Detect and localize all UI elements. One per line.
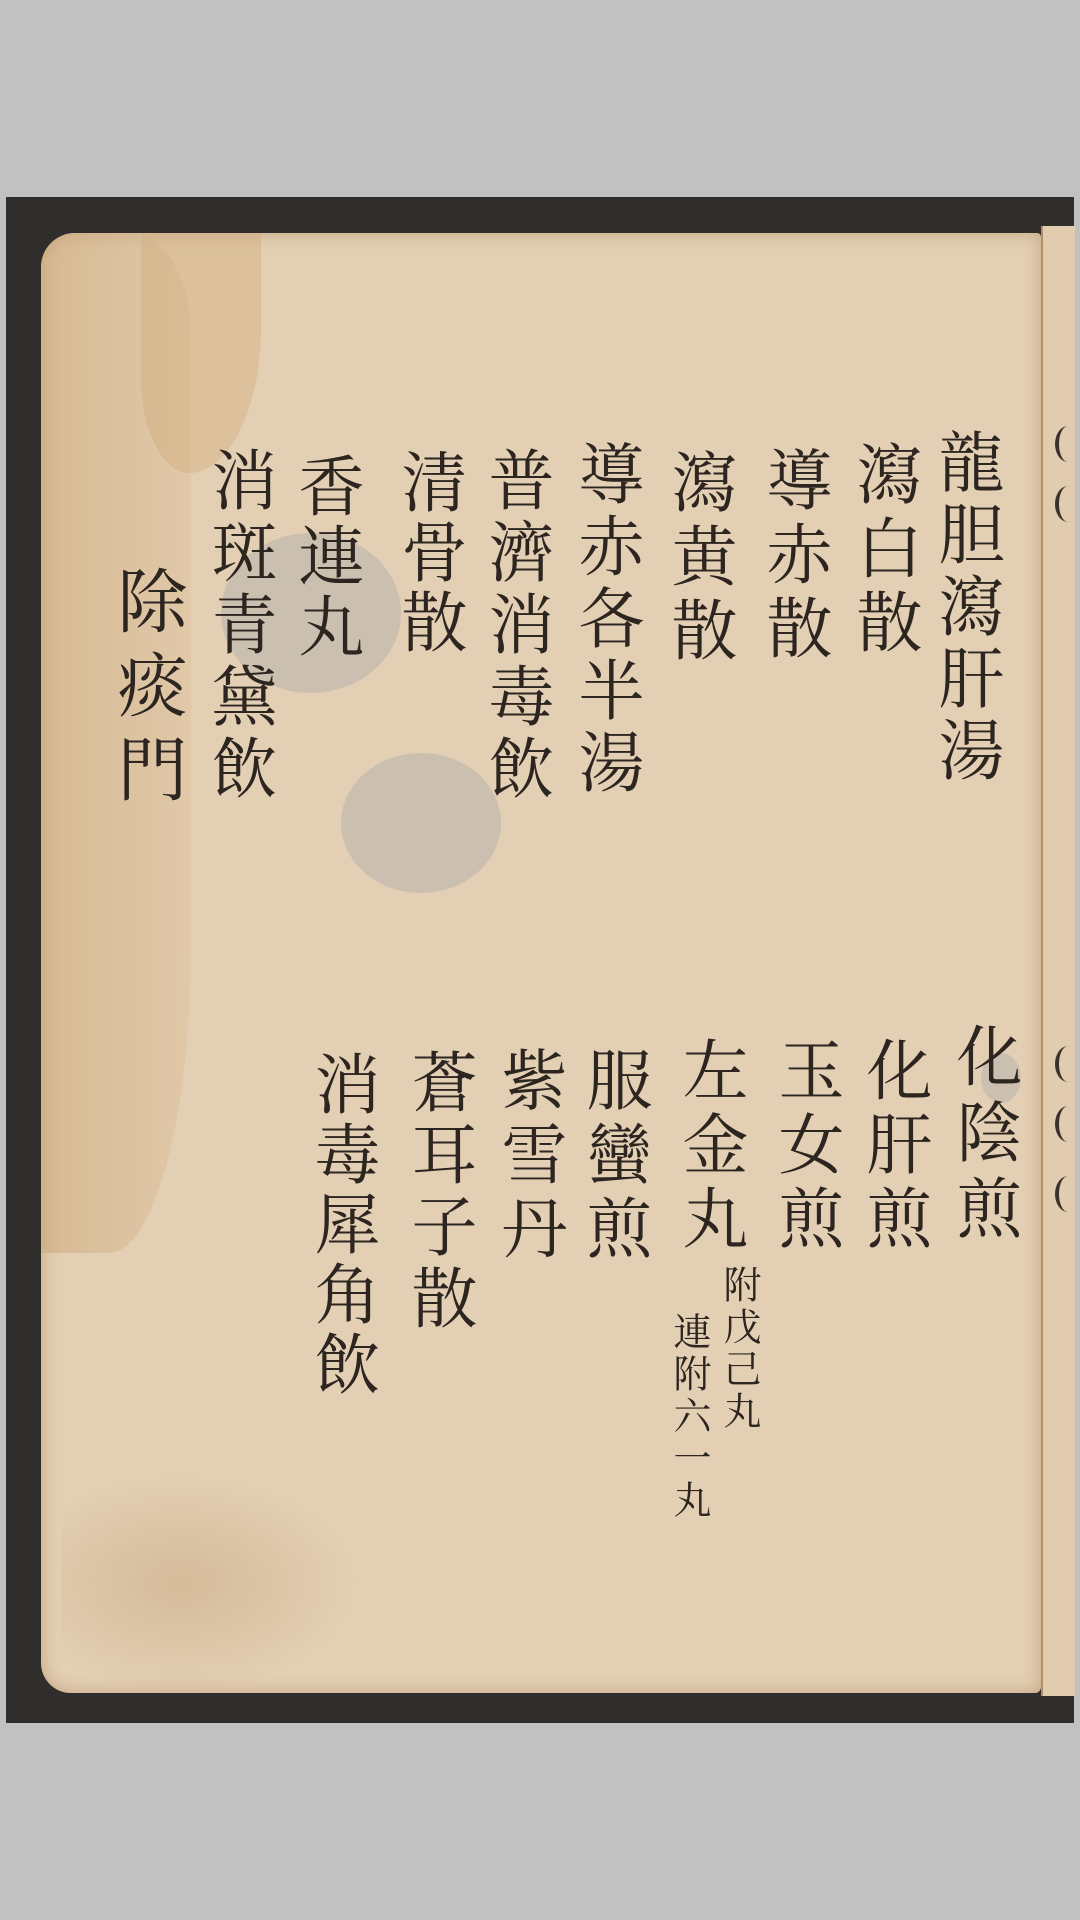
formula-column: 服蠻煎: [580, 1046, 646, 1268]
formula-column: 左金丸: [676, 1036, 742, 1258]
formula-column: 紫雪丹: [495, 1046, 561, 1268]
annotation-note: 附戊己丸: [720, 1265, 758, 1433]
formula-column: 普濟消毒飲: [482, 446, 548, 806]
formula-column: 化陰煎: [950, 1022, 1016, 1250]
foxing-stain: [61, 1473, 361, 1693]
formula-column: 龍胆瀉肝湯: [932, 428, 998, 788]
formula-column: 玉女煎: [772, 1036, 838, 1258]
formula-column: 瀉白散: [850, 440, 916, 662]
formula-column: 蒼耳子散: [405, 1048, 471, 1336]
formula-column: 瀉黄散: [665, 448, 731, 670]
formula-column: 導赤散: [760, 446, 826, 668]
water-stain: [141, 233, 261, 473]
formula-column: 消斑青黛飲: [205, 446, 271, 806]
formula-column: 導赤各半湯: [572, 440, 638, 800]
formula-column: 清骨散: [395, 448, 461, 658]
formula-column: 消毒犀角飲: [308, 1050, 374, 1400]
section-heading: 除痰門: [112, 565, 182, 817]
formula-column: 化肝煎: [860, 1036, 926, 1258]
annotation-note: 連附六一丸: [670, 1312, 708, 1522]
next-page-edge: [1041, 226, 1075, 1696]
formula-column: 香連丸: [292, 452, 358, 662]
